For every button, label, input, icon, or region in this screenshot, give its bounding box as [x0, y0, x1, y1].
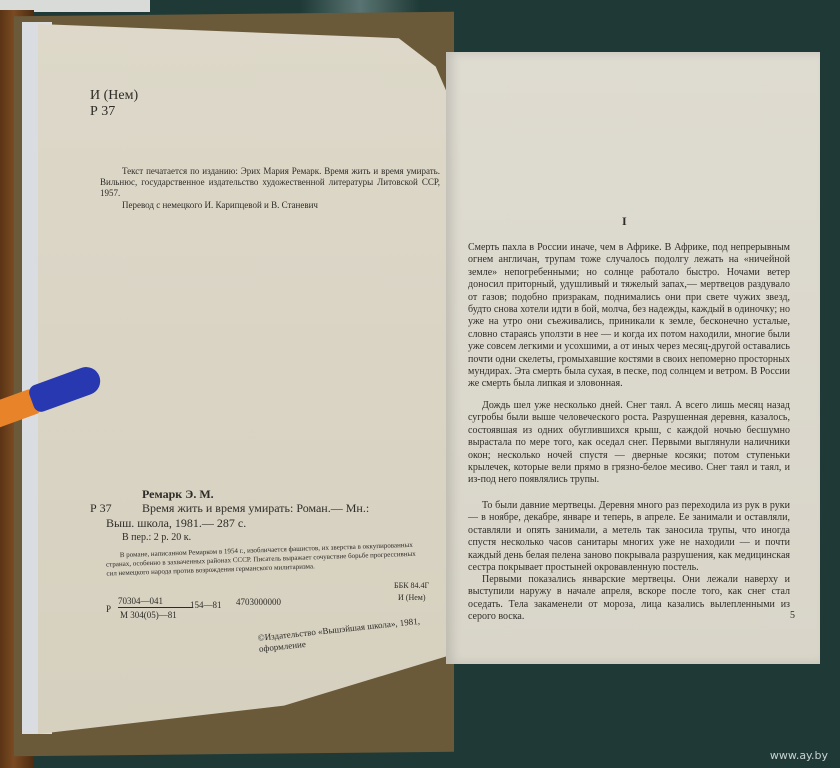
- source-note: Текст печатается по изданию: Эрих Мария …: [100, 166, 440, 199]
- price: В пер.: 2 р. 20 к.: [122, 532, 191, 543]
- paragraph-2: Дождь шел уже несколько дней. Снег таял.…: [468, 400, 790, 487]
- author: Ремарк Э. М.: [142, 488, 214, 501]
- formula-bottom: М 304(05)—81: [120, 610, 177, 621]
- publisher-line: Выш. школа, 1981.— 287 с.: [106, 517, 246, 530]
- page-number: 5: [790, 610, 795, 621]
- index-code: И (Нем): [90, 88, 138, 103]
- formula-top: 70304—041: [118, 596, 193, 608]
- right-page: I Смерть пахла в России иначе, чем в Афр…: [446, 52, 820, 664]
- formula-prefix: Р: [106, 604, 111, 615]
- paragraph-1: Смерть пахла в России иначе, чем в Африк…: [468, 242, 790, 391]
- paragraph-4: Первыми показались январские мертвецы. О…: [468, 574, 790, 624]
- paragraph-3: То были давние мертвецы. Деревня много р…: [468, 500, 790, 574]
- formula-number: 4703000000: [236, 597, 281, 608]
- catalog-code: Р 37: [90, 502, 112, 515]
- index-code-2: Р 37: [90, 104, 115, 119]
- title-line: Время жить и время умирать: Роман.— Мн.:: [142, 502, 369, 515]
- annotation: В романе, написанном Ремарком в 1954 г.,…: [106, 540, 427, 578]
- watermark: www.ay.by: [770, 749, 828, 762]
- bbk-code: И (Нем): [398, 592, 426, 603]
- chapter-number: I: [622, 214, 627, 229]
- translators: Перевод с немецкого И. Карипцевой и В. С…: [122, 200, 452, 211]
- bbk: ББК 84.4Г: [394, 580, 429, 591]
- formula-mid: 154—81: [190, 600, 222, 611]
- copyright: ©Издательство «Вышэйшая школа», 1981, оф…: [257, 615, 428, 655]
